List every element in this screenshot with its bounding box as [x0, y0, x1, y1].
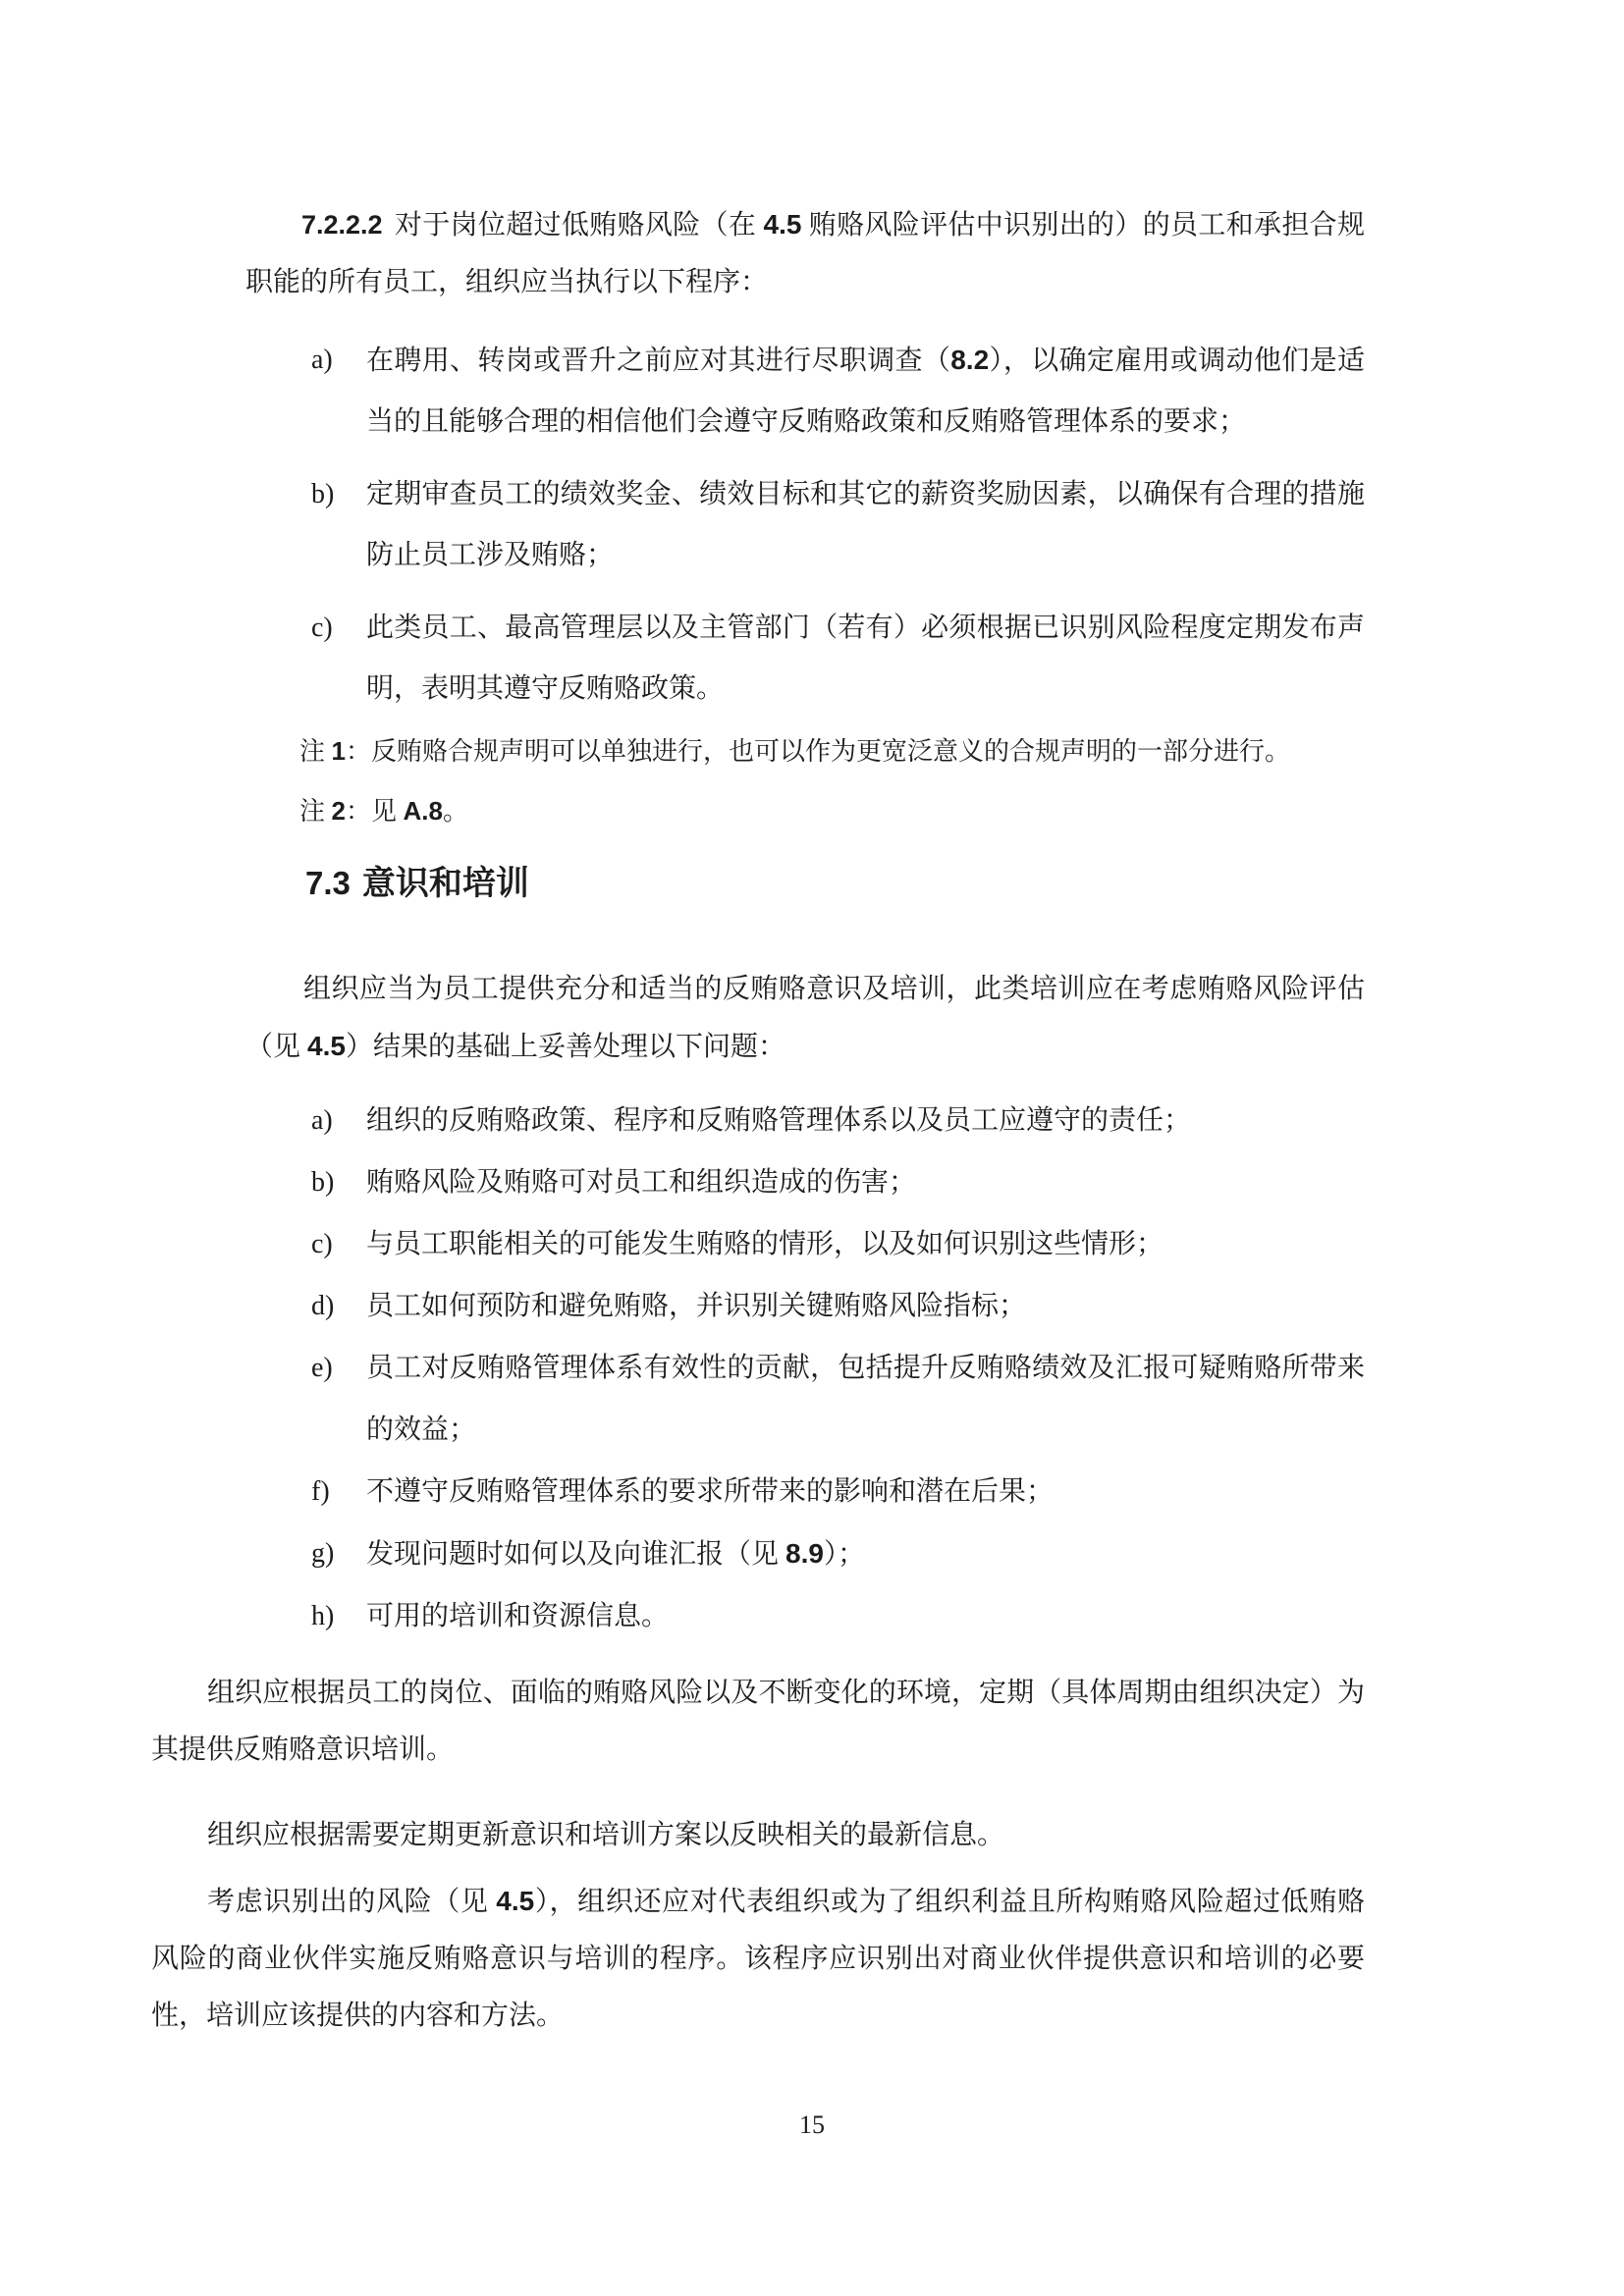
list-item-label: d) [311, 1275, 334, 1337]
body-paragraph: 考虑识别出的风险（见 4.5），组织还应对代表组织或为了组织利益且所构贿赂风险超… [151, 1873, 1365, 2045]
list-item-text: 员工如何预防和避免贿赂，并识别关键贿赂风险指标； [366, 1291, 1026, 1321]
list-item-text: 贿赂风险及贿赂可对员工和组织造成的伤害； [366, 1167, 916, 1198]
list-item: b) 贿赂风险及贿赂可对员工和组织造成的伤害； [245, 1151, 1365, 1213]
closing-paragraphs: 组织应根据员工的岗位、面临的贿赂风险以及不断变化的环境，定期（具体周期由组织决定… [151, 1665, 1365, 2045]
clause-paragraph-text: 对于岗位超过低贿赂风险（在 4.5 贿赂风险评估中识别出的）的员工和承担合规职能… [245, 210, 1365, 297]
list-item-label: a) [311, 1090, 333, 1151]
list-item-text: 不遵守反贿赂管理体系的要求所带来的影响和潜在后果； [366, 1476, 1054, 1507]
list-item: f) 不遵守反贿赂管理体系的要求所带来的影响和潜在后果； [245, 1461, 1365, 1522]
training-topics-list: a) 组织的反贿赂政策、程序和反贿赂管理体系以及员工应遵守的责任； b) 贿赂风… [245, 1090, 1365, 1647]
note-1: 注 1：反贿赂合规声明可以单独进行，也可以作为更宽泛意义的合规声明的一部分进行。 [299, 721, 1365, 781]
list-item-text: 发现问题时如何以及向谁汇报（见 8.9）； [366, 1539, 865, 1570]
clause-7-2-2-2-section: 7.2.2.2对于岗位超过低贿赂风险（在 4.5 贿赂风险评估中识别出的）的员工… [245, 196, 1365, 1647]
list-item: g) 发现问题时如何以及向谁汇报（见 8.9）； [245, 1522, 1365, 1585]
page-footer: 15 [0, 2108, 1624, 2143]
list-item-label: g) [311, 1522, 334, 1584]
clause-paragraph: 7.2.2.2对于岗位超过低贿赂风险（在 4.5 贿赂风险评估中识别出的）的员工… [245, 196, 1365, 311]
page-number: 15 [0, 2108, 1624, 2143]
list-item-text: 员工对反贿赂管理体系有效性的贡献，包括提升反贿赂绩效及汇报可疑贿赂所带来的效益； [366, 1353, 1365, 1445]
note-2: 注 2：见 A.8。 [299, 781, 1365, 841]
list-item-label: c) [311, 598, 333, 659]
list-item-text: 可用的培训和资源信息。 [366, 1601, 669, 1631]
list-item-label: e) [311, 1337, 333, 1399]
list-item-text: 此类员工、最高管理层以及主管部门（若有）必须根据已识别风险程度定期发布声明，表明… [366, 613, 1365, 704]
section-heading: 7.3意识和培训 [305, 862, 1365, 906]
section-heading-title: 意识和培训 [362, 866, 529, 902]
document-page: 7.2.2.2对于岗位超过低贿赂风险（在 4.5 贿赂风险评估中识别出的）的员工… [0, 0, 1624, 2296]
list-item-text: 与员工职能相关的可能发生贿赂的情形，以及如何识别这些情形； [366, 1229, 1164, 1259]
list-item: e) 员工对反贿赂管理体系有效性的贡献，包括提升反贿赂绩效及汇报可疑贿赂所带来的… [245, 1337, 1365, 1461]
list-item: c) 此类员工、最高管理层以及主管部门（若有）必须根据已识别风险程度定期发布声明… [245, 598, 1365, 720]
intro-paragraph: 组织应当为员工提供充分和适当的反贿赂意识及培训，此类培训应在考虑贿赂风险评估（见… [245, 961, 1365, 1076]
body-paragraph: 组织应根据员工的岗位、面临的贿赂风险以及不断变化的环境，定期（具体周期由组织决定… [151, 1665, 1365, 1779]
list-item: h) 可用的培训和资源信息。 [245, 1585, 1365, 1647]
notes-block: 注 1：反贿赂合规声明可以单独进行，也可以作为更宽泛意义的合规声明的一部分进行。… [299, 721, 1365, 841]
list-item: a) 在聘用、转岗或晋升之前应对其进行尽职调查（8.2），以确定雇用或调动他们是… [245, 330, 1365, 453]
section-heading-number: 7.3 [305, 865, 351, 901]
list-item: b) 定期审查员工的绩效奖金、绩效目标和其它的薪资奖励因素，以确保有合理的措施防… [245, 464, 1365, 586]
clause-number: 7.2.2.2 [301, 210, 383, 240]
list-item: a) 组织的反贿赂政策、程序和反贿赂管理体系以及员工应遵守的责任； [245, 1090, 1365, 1151]
list-item-label: f) [311, 1461, 330, 1522]
list-item-text: 组织的反贿赂政策、程序和反贿赂管理体系以及员工应遵守的责任； [366, 1105, 1191, 1136]
list-item-label: a) [311, 330, 333, 391]
body-paragraph: 组织应根据需要定期更新意识和培训方案以反映相关的最新信息。 [151, 1807, 1365, 1864]
list-item-text: 定期审查员工的绩效奖金、绩效目标和其它的薪资奖励因素，以确保有合理的措施防止员工… [366, 479, 1365, 570]
list-item: c) 与员工职能相关的可能发生贿赂的情形，以及如何识别这些情形； [245, 1213, 1365, 1275]
list-item-label: b) [311, 464, 334, 525]
list-item-label: b) [311, 1151, 334, 1213]
procedures-list: a) 在聘用、转岗或晋升之前应对其进行尽职调查（8.2），以确定雇用或调动他们是… [245, 330, 1365, 720]
list-item-label: h) [311, 1585, 334, 1647]
list-item-text: 在聘用、转岗或晋升之前应对其进行尽职调查（8.2），以确定雇用或调动他们是适当的… [366, 346, 1365, 437]
list-item: d) 员工如何预防和避免贿赂，并识别关键贿赂风险指标； [245, 1275, 1365, 1337]
list-item-label: c) [311, 1213, 333, 1275]
